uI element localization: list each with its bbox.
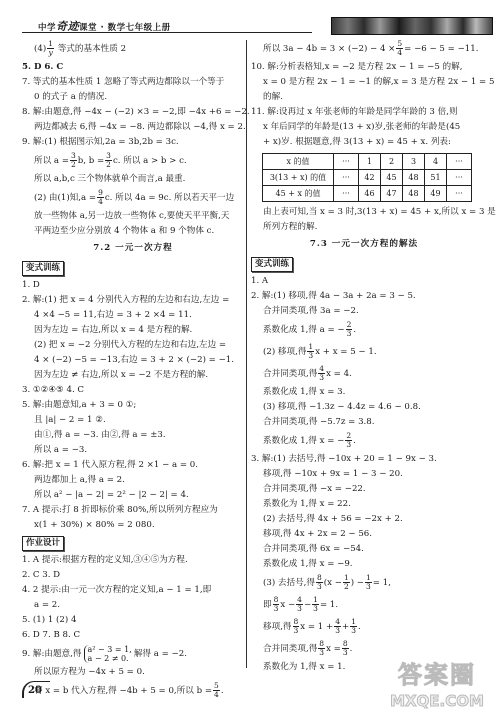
denominator: 4 [213,691,220,699]
fraction: 13 [350,618,357,635]
answer-line: 平两边至少应分别放 4 个物体 a 和 9 个物体 c. [22,224,244,239]
fraction: 83 [316,574,323,591]
answer-line: a = 2. [22,598,244,613]
denominator: 2 [343,583,350,591]
answer-line: 合并同类项,得 −5.7z = 3.8. [251,415,477,430]
answer-line: 1. A 提示:根据方程的定义知,③④⑤为方程. [22,553,244,568]
answer-line: 6. 解:把 x = 1 代入原方程,得 2 ×1 − a = 0. [22,458,244,473]
answer-line: 所以原方程为 −4x + 5 = 0. [22,665,244,680]
answer-line: 5. D 6. C [22,60,244,75]
answer-line: 1. A [251,274,477,289]
answer-line: 3. ①②④⑤ 4. C [22,383,244,398]
table-cell: 48 [403,170,425,186]
answer-line: x 年后同学的年龄是(13 + x)岁,张老师的年龄是(45 [251,120,477,135]
answer-line: (2) 把 x = −2 分别代入方程的左边和右边,左边 = [22,338,244,353]
table-cell: 46 [359,186,381,202]
denominator: 3 [334,627,341,635]
column-divider [246,40,247,668]
denominator: 3 [316,583,323,591]
text: 解得 a = −2. [134,649,187,659]
text: . [350,644,353,654]
denominator: 3 [318,649,325,657]
answer-line: (2) 移项,得13x + x = 5 − 1. [251,341,477,363]
text: 将 x = b 代入方程,得 −4b + 5 = 0,所以 b = [34,686,212,696]
answer-line: 系数化成 1,得 a = −23. [251,319,477,341]
answer-line: 所列方程的解. [251,220,477,235]
answer-line: 将 x = b 代入方程,得 −4b + 5 = 0,所以 b =54. [22,680,244,702]
answer-line: 7. 等式的基本性质 1 忽略了等式两边都除以一个等于 [22,75,244,90]
denominator: 3 [346,330,353,338]
fraction: 54 [396,40,403,57]
answer-line: 0 的式子 a 的情况. [22,90,244,105]
watermark-url: MXQE.COM [382,690,492,712]
watermark: 答案圈 MXQE.COM [382,660,492,720]
text: x = [326,644,341,654]
table-row-label: 45 + x 的值 [263,186,334,202]
text: 所以 a = [34,156,69,166]
answer-line: 9. 解:(1) 根据图示知,2a = 3b,2b = 3c. [22,135,244,150]
table-cell: 4 [425,154,447,170]
table-row-label: x 的值 [263,154,334,170]
text: = −6 − 5 = −11. [404,44,478,54]
fraction: 83 [318,640,325,657]
answer-line: 2. 解:(1) 移项,得 4a − 3a + 2a = 3 − 5. [251,289,477,304]
table-cell: 51 [425,170,447,186]
answer-line: 1. D [22,278,244,293]
fraction: 83 [342,640,349,657]
fraction: 13 [312,596,319,613]
section-label-variant-training: 变式训练 [251,257,293,272]
answer-line: (2) 由(1)知,a =94c. 所以 4a = 9c. 所以若天平一边 [22,187,244,209]
answer-line: 4. 2 提示:由一元一次方程的定义知,a − 1 = 1,即 [22,583,244,598]
text: . [221,686,224,696]
text: (3) 去括号,得 [263,578,315,588]
text: x + x = 5 − 1. [315,347,376,357]
fraction: 83 [273,596,280,613]
left-column: (4)1y 等式的基本性质 2 5. D 6. C 7. 等式的基本性质 1 忽… [22,38,244,702]
text: 移项,得 [263,622,292,632]
table-cell: 42 [359,170,381,186]
table-cell: 47 [381,186,403,202]
answer-line: (2) 去括号,得 4x + 56 = −2x + 2. [251,512,477,527]
text: 系数化成 1,得 a = − [263,325,345,335]
fraction: 23 [346,321,353,338]
section-title-7-3: 7.3 一元一次方程的解法 [251,237,477,252]
text: 9. 解:由题意,得 [22,649,82,659]
text: 所以 3a − 4b = 3 × (−2) − 4 × [263,44,395,54]
fraction: 13 [365,574,372,591]
fraction: 13 [307,343,314,360]
denominator: 2 [70,161,77,169]
answer-line: 系数化为 1,得 x = 22. [251,497,477,512]
answer-line: 所以 a² − |a − 2| = 2² − |2 − 2| = 4. [22,488,244,503]
answer-line: 合并同类项,得 3a = −2. [251,304,477,319]
text: (x − [324,578,342,588]
table-row: 3(13 + x) 的值 ··· 42 45 48 51 ··· [263,170,472,186]
fraction: 43 [334,618,341,635]
value-table: x 的值 ··· 1 2 3 4 ··· 3(13 + x) 的值 ··· 42… [262,153,472,202]
fraction: 1y [47,40,54,57]
text: 合并同类项,得 [263,644,317,654]
text: . [353,436,356,446]
answer-line: 7. A 提示:打 8 折即标价乘 80%,所以所列方程应为 [22,503,244,518]
answer-line: x(1 + 30%) × 80% = 2 080. [22,518,244,533]
answer-line: 10. 解:分析表格知,x = −2 是方程 2x − 1 = −5 的解, [251,60,477,75]
text: + [342,622,349,632]
fraction: 83 [293,618,300,635]
answer-line: 4 × (−2) −5 = −13,右边 = 3 + 2 × (−2) = −1… [22,353,244,368]
answer-line: 移项,得 4x + 2x = 2 − 56. [251,527,477,542]
denominator: 4 [396,49,403,57]
fraction: 43 [296,596,303,613]
answer-line: 合并同类项,得43x = 4. [251,363,477,385]
table-cell: ··· [447,186,472,202]
answer-line: 所以 a = −3. [22,443,244,458]
text: . [353,325,356,335]
table-cell: ··· [334,186,359,202]
text: − [304,600,311,610]
table-cell: 3 [403,154,425,170]
fraction: 32 [70,152,77,169]
answer-line: 两边都减去 6,得 −4x = −8. 两边都除以 −4,得 x = 2. [22,120,244,135]
denominator: 3 [345,441,352,449]
fraction: 43 [318,365,325,382]
watermark-logo-text: 答案圈 [382,660,492,690]
answer-line: (4)1y 等式的基本性质 2 [22,38,244,60]
answer-line: 系数化成 1,得 x = −9. [251,557,477,572]
text: c. 所以 4a = 9c. 所以若天平一边 [105,193,234,203]
answer-line: 所以 a,b,c 三个物体就单个而言,a 最重. [22,172,244,187]
table-cell: 48 [403,186,425,202]
answer-line: 合并同类项,得 −x = −22. [251,482,477,497]
section-title-7-2: 7.2 一元一次方程 [22,241,244,256]
text: b, b = [78,156,104,166]
text: (2) 由(1)知,a = [34,193,96,203]
text: (4) [34,44,46,54]
denominator: 3 [342,649,349,657]
answer-line: 5. (1) 1 (2) 4 [22,613,244,628]
answer-line: 9. 解:由题意,得a² − 3 = 1,a − 2 ≠ 0.解得 a = −2… [22,643,244,665]
denominator: y [47,49,54,57]
text: c. 所以 a > b > c. [113,156,187,166]
answer-line: 8. 解:由题意,得 −4x − (−2) ×3 = −2,即 −4x +6 =… [22,105,244,120]
answer-line: 由①,得 a = −3. 由②,得 a = ±3. [22,428,244,443]
answer-line: (3) 去括号,得83(x −12) −13= 1, [251,572,477,594]
answer-line: 所以 3a − 4b = 3 × (−2) − 4 ×54= −6 − 5 = … [251,38,477,60]
answer-line: 11. 解:设再过 x 年张老师的年龄是同学年龄的 3 倍,则 [251,105,477,120]
answer-line: 所以 a =32b, b =32c. 所以 a > b > c. [22,150,244,172]
answer-line: 5. 解:由题意知,a + 3 = 0 ①; [22,398,244,413]
answer-line: 且 |a| − 2 = 1 ②. [22,413,244,428]
answer-line: 2. C 3. D [22,568,244,583]
section-label-homework-design: 作业设计 [22,536,64,551]
answer-line: 合并同类项,得 6x = −54. [251,542,477,557]
answer-line: 系数化成 1,得 x = 3. [251,385,477,400]
table-row: 45 + x 的值 ··· 46 47 48 49 ··· [263,186,472,202]
answer-line: 3. 解:(1) 去括号,得 −10x + 20 = 1 − 9x − 3. [251,452,477,467]
fraction: 32 [105,152,112,169]
denominator: 3 [318,374,325,382]
answer-line: 移项,得 −10x + 9x = 1 − 3 − 20. [251,467,477,482]
denominator: 3 [350,627,357,635]
table-row-label: 3(13 + x) 的值 [263,170,334,186]
denominator: 3 [293,627,300,635]
equation: a − 2 ≠ 0. [88,654,132,663]
answer-line: 系数化成 1,得 x = −23. [251,430,477,452]
table-row: x 的值 ··· 1 2 3 4 ··· [263,154,472,170]
fraction: 12 [343,574,350,591]
answer-line: 6. D 7. B 8. C [22,628,244,643]
text: 系数化成 1,得 x = − [263,436,344,446]
text: x − [280,600,295,610]
section-label-variant-training: 变式训练 [22,261,64,276]
answer-line: (3) 移项,得 −1.3z − 4.4z = 4.6 − 0.8. [251,400,477,415]
text: (2) 移项,得 [263,347,306,357]
answer-line: 即83x −43−13= 1. [251,594,477,616]
fraction: 54 [213,682,220,699]
answer-line: 2. 解:(1) 把 x = 4 分别代入方程的左边和右边,左边 = [22,293,244,308]
page-number: 20 [22,681,50,698]
answer-line: 移项,得83x = 1 +43+13. [251,616,477,638]
text: x = 4. [326,369,352,379]
table-cell: 45 [381,170,403,186]
answer-line: 因为左边 ≠ 右边,所以 x = −2 不是方程的解. [22,368,244,383]
equation: a² − 3 = 1, [88,645,132,654]
table-cell: ··· [447,170,472,186]
table-cell: ··· [447,154,472,170]
text: x = 1 + [300,622,333,632]
table-cell: 1 [359,154,381,170]
denominator: 4 [97,198,104,206]
right-column: 所以 3a − 4b = 3 × (−2) − 4 ×54= −6 − 5 = … [251,38,477,675]
denominator: 3 [312,605,319,613]
fraction: 23 [345,432,352,449]
text: 即 [263,600,272,610]
answer-line: 4 ×4 −5 = 11,右边 = 3 + 2 ×4 = 11. [22,308,244,323]
header-banner-image [331,17,493,35]
answer-line: 因为左边 = 右边,所以 x = 4 是方程的解. [22,323,244,338]
answer-line: + x)岁. 根据题意,得 3(13 + x) = 45 + x. 列表: [251,135,477,150]
header-rule [22,32,312,33]
text: 合并同类项,得 [263,369,317,379]
table-cell: ··· [334,154,359,170]
answer-line: 由上表可知,当 x = 3 时,3(13 + x) = 45 + x,所以 x … [251,205,477,220]
table-cell: 2 [381,154,403,170]
text: 等式的基本性质 2 [55,44,126,54]
denominator: 2 [105,161,112,169]
answer-line: 合并同类项,得83x =83. [251,638,477,660]
answer-line: 两边都加上 a,得 a = 2. [22,473,244,488]
denominator: 3 [273,605,280,613]
text: . [358,622,361,632]
answer-line: 放一些物体 a,另一边放一些物体 c,要使天平平衡,天 [22,209,244,224]
table-cell: ··· [334,170,359,186]
text: ) − [351,578,364,588]
text: = 1, [373,578,391,588]
table-cell: 49 [425,186,447,202]
answer-line: 的解. [251,90,477,105]
denominator: 3 [296,605,303,613]
answer-line: x = 0 是方程 2x − 1 = −1 的解,x = 3 是方程 2x − … [251,75,477,90]
fraction: 94 [97,189,104,206]
page-header: 中学奇迹课堂 · 数学七年级上册 [22,14,480,36]
text: = 1. [320,600,338,610]
denominator: 3 [307,352,314,360]
denominator: 3 [365,583,372,591]
equation-system: a² − 3 = 1,a − 2 ≠ 0. [84,645,132,663]
